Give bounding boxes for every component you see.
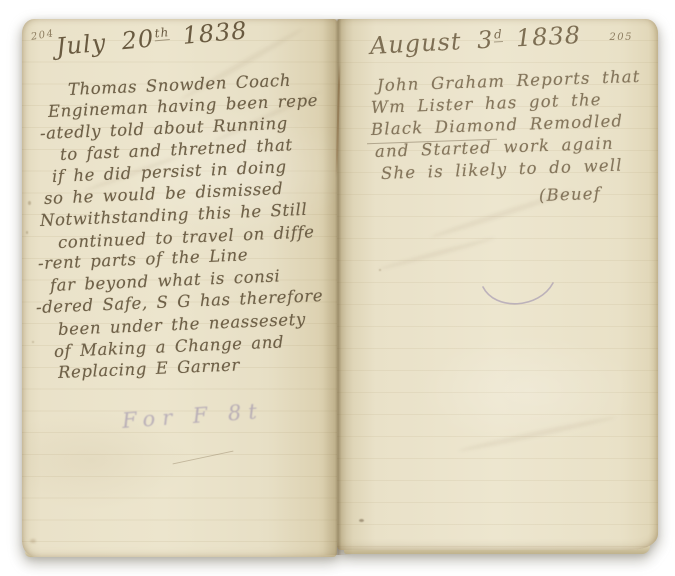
pencil-curve-mark <box>477 275 559 313</box>
journal-page-right: 205 August 3d1838 John Graham Reports th… <box>337 19 658 550</box>
photo-background: 204 July 20th1838 Thomas Snowden Coach E… <box>0 0 675 576</box>
entry-date-right: August 3d1838 <box>369 21 581 60</box>
page-number-left: 204 <box>30 28 55 43</box>
foxing-speck <box>28 201 31 205</box>
entry-date-left-day: July 20 <box>55 24 156 60</box>
foxing-speck <box>379 269 381 271</box>
entry-date-left: July 20th1838 <box>55 19 249 61</box>
foxing-speck <box>359 519 364 522</box>
ink-bleedthrough-mark <box>458 414 616 453</box>
entry-date-left-ordinal: th <box>154 25 170 41</box>
foxing-speck <box>26 231 28 234</box>
entry-text-left: Thomas Snowden Coach Engineman having be… <box>34 79 323 384</box>
pencil-annotation: For F 8t <box>121 399 264 433</box>
journal-page-left: 204 July 20th1838 Thomas Snowden Coach E… <box>22 19 337 557</box>
page-number-right: 205 <box>609 32 633 43</box>
entry-date-right-year: 1838 <box>515 21 581 52</box>
entry-date-right-ordinal: d <box>494 27 503 42</box>
entry-date-left-year: 1838 <box>181 19 248 50</box>
signature-line: (Beuef <box>539 181 641 207</box>
journal-book: 204 July 20th1838 Thomas Snowden Coach E… <box>22 19 658 557</box>
entry-date-right-day: August 3 <box>369 26 494 60</box>
foxing-speck <box>30 539 36 543</box>
ink-bleedthrough-mark <box>378 236 495 272</box>
pencil-scratch-mark <box>173 451 234 465</box>
